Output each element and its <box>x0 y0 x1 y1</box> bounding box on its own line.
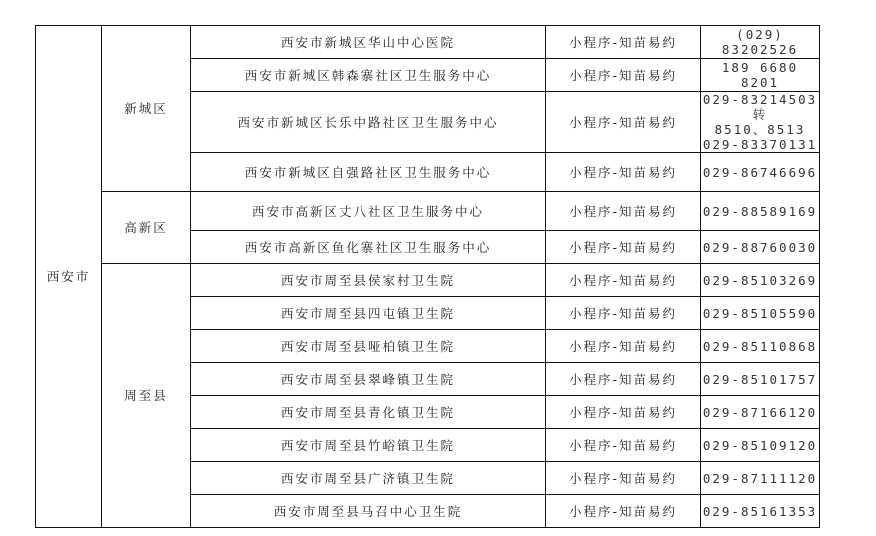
booking-method: 小程序-知苗易约 <box>546 26 701 59</box>
district-cell: 高新区 <box>102 192 191 264</box>
phone-number: 029-87111120 <box>701 462 820 495</box>
phone-number: 029-88589169 <box>701 192 820 231</box>
booking-method: 小程序-知苗易约 <box>546 495 701 528</box>
site-name: 西安市新城区长乐中路社区卫生服务中心 <box>191 92 546 153</box>
phone-number: 029-85110868 <box>701 330 820 363</box>
booking-method: 小程序-知苗易约 <box>546 396 701 429</box>
phone-line: 029-83214503 转 <box>701 92 819 122</box>
city-cell: 西安市 <box>36 26 102 528</box>
booking-method: 小程序-知苗易约 <box>546 231 701 264</box>
table-row: 周至县 西安市周至县侯家村卫生院 小程序-知苗易约 029-85103269 <box>36 264 820 297</box>
phone-line: 029-83370131 <box>701 137 819 152</box>
booking-method: 小程序-知苗易约 <box>546 59 701 92</box>
site-name: 西安市新城区韩森寨社区卫生服务中心 <box>191 59 546 92</box>
site-name: 西安市周至县四屯镇卫生院 <box>191 297 546 330</box>
site-name: 西安市高新区鱼化寨社区卫生服务中心 <box>191 231 546 264</box>
table-row: 高新区 西安市高新区丈八社区卫生服务中心 小程序-知苗易约 029-885891… <box>36 192 820 231</box>
phone-number: 189 6680 8201 <box>701 59 820 92</box>
site-name: 西安市新城区自强路社区卫生服务中心 <box>191 153 546 192</box>
phone-number: 029-85109120 <box>701 429 820 462</box>
phone-number: (029) 83202526 <box>701 26 820 59</box>
booking-method: 小程序-知苗易约 <box>546 429 701 462</box>
booking-method: 小程序-知苗易约 <box>546 297 701 330</box>
booking-method: 小程序-知苗易约 <box>546 92 701 153</box>
phone-number: 029-85161353 <box>701 495 820 528</box>
table-row: 西安市 新城区 西安市新城区华山中心医院 小程序-知苗易约 (029) 8320… <box>36 26 820 59</box>
site-name: 西安市周至县青化镇卫生院 <box>191 396 546 429</box>
site-name: 西安市周至县广济镇卫生院 <box>191 462 546 495</box>
booking-method: 小程序-知苗易约 <box>546 330 701 363</box>
district-cell: 周至县 <box>102 264 191 528</box>
phone-number: 029-87166120 <box>701 396 820 429</box>
phone-number: 029-85103269 <box>701 264 820 297</box>
booking-method: 小程序-知苗易约 <box>546 264 701 297</box>
phone-number: 029-83214503 转 8510、8513 029-83370131 <box>701 92 820 153</box>
phone-number: 029-85101757 <box>701 363 820 396</box>
phone-number: 029-88760030 <box>701 231 820 264</box>
site-name: 西安市新城区华山中心医院 <box>191 26 546 59</box>
site-name: 西安市周至县侯家村卫生院 <box>191 264 546 297</box>
site-name: 西安市周至县马召中心卫生院 <box>191 495 546 528</box>
booking-method: 小程序-知苗易约 <box>546 462 701 495</box>
vaccination-sites-table: 西安市 新城区 西安市新城区华山中心医院 小程序-知苗易约 (029) 8320… <box>35 25 820 528</box>
site-name: 西安市周至县翠峰镇卫生院 <box>191 363 546 396</box>
site-name: 西安市高新区丈八社区卫生服务中心 <box>191 192 546 231</box>
booking-method: 小程序-知苗易约 <box>546 363 701 396</box>
site-name: 西安市周至县哑柏镇卫生院 <box>191 330 546 363</box>
district-cell: 新城区 <box>102 26 191 192</box>
phone-number: 029-85105590 <box>701 297 820 330</box>
booking-method: 小程序-知苗易约 <box>546 153 701 192</box>
site-name: 西安市周至县竹峪镇卫生院 <box>191 429 546 462</box>
phone-number: 029-86746696 <box>701 153 820 192</box>
phone-line: 8510、8513 <box>701 122 819 137</box>
booking-method: 小程序-知苗易约 <box>546 192 701 231</box>
